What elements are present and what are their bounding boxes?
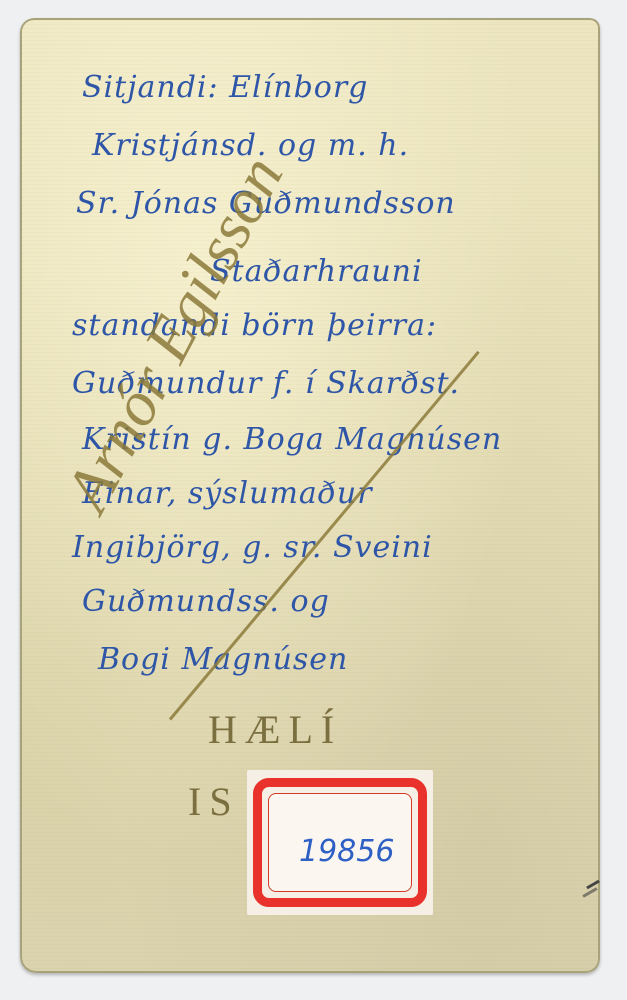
printed-text-line-2: IS — [188, 778, 240, 825]
printed-text-line-1: HÆLÍ — [208, 706, 342, 753]
handwritten-line: Ingibjörg, g. sr. Sveini — [72, 530, 433, 565]
catalog-number: 19856 — [299, 834, 394, 869]
handwritten-line: Guðmundss. og — [82, 584, 330, 619]
label-inner-frame: 19856 — [268, 793, 412, 892]
handwritten-line: Sitjandi: Elínborg — [82, 70, 368, 105]
handwritten-line: standandi börn þeirra: — [72, 308, 437, 343]
ink-mark — [582, 887, 597, 898]
handwritten-line: Bogi Magnúsen — [98, 642, 348, 677]
catalog-label: 19856 — [247, 770, 433, 915]
label-red-border: 19856 — [253, 778, 427, 907]
